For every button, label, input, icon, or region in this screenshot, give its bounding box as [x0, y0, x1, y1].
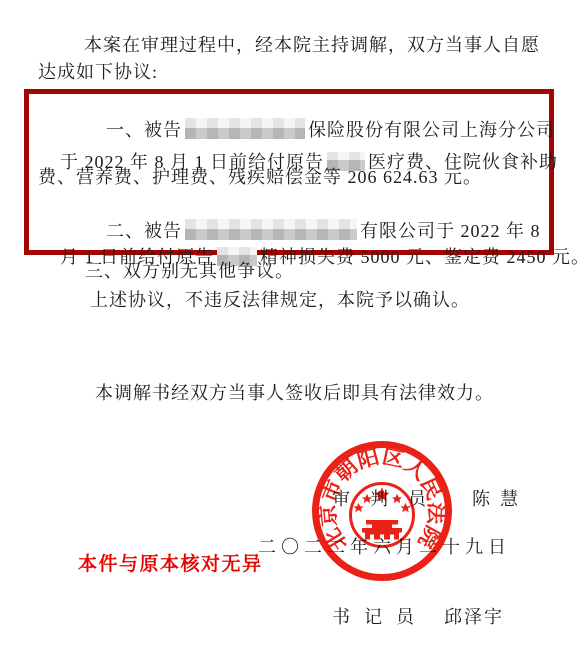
item-2-line2-suffix: 精神损失费 5000 元、鉴定费 2450 元。: [260, 247, 587, 267]
court-seal-graphic: 北京市朝阳区人民法院: [308, 436, 456, 586]
legal-effect-line: 本调解书经双方当事人签收后即具有法律效力。: [95, 384, 494, 402]
judge-name: 陈慧: [472, 489, 528, 509]
clerk-line: 书记员邱泽宇: [310, 590, 504, 644]
intro-line-2: 达成如下协议:: [38, 63, 158, 81]
clerk-name: 邱泽宇: [444, 607, 504, 627]
intro-line-1: 本案在审理过程中，经本院主持调解，双方当事人自愿: [84, 36, 540, 54]
confirmation-line: 上述协议，不违反法律规定，本院予以确认。: [90, 291, 470, 309]
tiananmen-gate-icon: [362, 520, 402, 540]
court-seal: 北京市朝阳区人民法院: [308, 436, 456, 586]
agreement-item-1-line-3: 费、营养费、护理费、残疾赔偿金等 206 624.63 元。: [38, 168, 482, 186]
verification-note: 本件与原本核对无异: [78, 555, 263, 574]
clerk-label: 书记员: [332, 607, 428, 627]
agreement-item-3: 三、双方别无其他争议。: [85, 262, 294, 280]
court-mediation-document: 本案在审理过程中，经本院主持调解，双方当事人自愿 达成如下协议: 一、被告保险股…: [0, 0, 587, 649]
